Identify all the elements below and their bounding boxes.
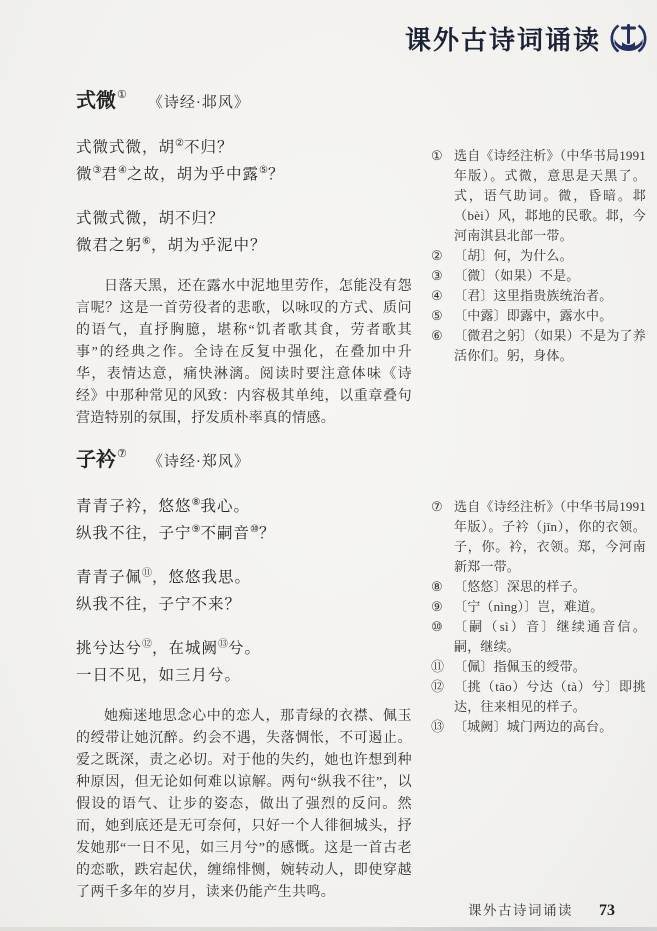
verse-line: 式微式微，胡②不归？ — [76, 134, 412, 161]
poem-source: 《诗经·郑风》 — [148, 454, 250, 470]
note-text: 〔君〕这里指贵族统治者。 — [454, 286, 646, 306]
stanza: 式微式微，胡②不归？微③君④之故，胡为乎中露⑤？ — [76, 134, 412, 188]
verse-line: 青青子衿，悠悠⑧我心。 — [76, 493, 412, 520]
note-text: 选自《诗经注析》（中华书局1991年版）。式微，意思是天黑了。式，语气助词。微，… — [454, 146, 646, 246]
note-item: ⑥〔微君之躬〕（如果）不是为了养活你们。躬，身体。 — [431, 326, 646, 366]
note-number: ⑨ — [431, 597, 454, 617]
scan-bottom-edge — [0, 927, 657, 931]
note-text: 〔微〕（如果）不是。 — [454, 266, 646, 286]
verse-line: 纵我不往，子宁⑨不嗣音⑩？ — [76, 520, 412, 547]
note-number: ⑥ — [431, 326, 454, 346]
margin-notes-poem1: ①选自《诗经注析》（中华书局1991年版）。式微，意思是天黑了。式，语气助词。微… — [431, 146, 646, 366]
note-text: 〔宁（nìng）〕岂，难道。 — [454, 597, 646, 617]
poem-heading: 子衿⑦ 《诗经·郑风》 — [76, 443, 412, 472]
note-number: ⑫ — [431, 677, 454, 697]
note-item: ②〔胡〕何，为什么。 — [431, 246, 646, 266]
verse-line: 纵我不往，子宁不来？ — [76, 591, 412, 618]
verse-line: 微君之躬⑥，胡为乎泥中？ — [76, 232, 412, 259]
note-number: ⑪ — [431, 657, 454, 677]
note-text: 〔悠悠〕深思的样子。 — [454, 577, 646, 597]
note-item: ⑤〔中露〕即露中，露水中。 — [431, 306, 646, 326]
poem-heading: 式微① 《诗经·邶风》 — [76, 84, 412, 113]
note-number: ③ — [431, 266, 454, 286]
note-number: ② — [431, 246, 454, 266]
note-item: ⑪〔佩〕指佩玉的绶带。 — [431, 657, 646, 677]
poem-title: 式微 — [76, 90, 116, 112]
stanza: 式微式微，胡不归？微君之躬⑥，胡为乎泥中？ — [76, 205, 412, 259]
note-text: 〔佩〕指佩玉的绶带。 — [454, 657, 646, 677]
footer-section-label: 课外古诗词诵读 — [468, 899, 573, 919]
note-item: ①选自《诗经注析》（中华书局1991年版）。式微，意思是天黑了。式，语气助词。微… — [431, 146, 646, 246]
page-header: 课外古诗词诵读 — [405, 20, 647, 57]
textbook-page: 课外古诗词诵读 式微① 《诗经·邶风》 式微式微，胡②不归？微③君④之故，胡为乎… — [0, 0, 657, 931]
poem-stanzas: 青青子衿，悠悠⑧我心。纵我不往，子宁⑨不嗣音⑩？青青子佩⑪，悠悠我思。纵我不往，… — [76, 493, 412, 689]
note-number: ⑦ — [431, 497, 454, 517]
note-text: 〔微君之躬〕（如果）不是为了养活你们。躬，身体。 — [454, 326, 646, 366]
verse-line: 挑兮达兮⑫，在城阙⑬兮。 — [76, 635, 412, 662]
note-item: ⑧〔悠悠〕深思的样子。 — [431, 577, 646, 597]
note-number: ④ — [431, 286, 454, 306]
footer-page-number: 73 — [599, 902, 615, 920]
poem-title-note-ref: ⑦ — [117, 448, 127, 460]
note-number: ⑬ — [431, 717, 454, 737]
poem-title: 子衿 — [76, 449, 116, 471]
verse-line: 一日不见，如三月兮。 — [76, 662, 412, 689]
section-title: 课外古诗词诵读 — [405, 20, 601, 57]
poem-shiwei-section: 式微① 《诗经·邶风》 式微式微，胡②不归？微③君④之故，胡为乎中露⑤？式微式微… — [76, 84, 412, 430]
poem-title-note-ref: ① — [117, 89, 127, 101]
poem-stanzas: 式微式微，胡②不归？微③君④之故，胡为乎中露⑤？式微式微，胡不归？微君之躬⑥，胡… — [76, 134, 412, 259]
stanza: 青青子衿，悠悠⑧我心。纵我不往，子宁⑨不嗣音⑩？ — [76, 493, 412, 547]
note-number: ⑧ — [431, 577, 454, 597]
verse-line: 微③君④之故，胡为乎中露⑤？ — [76, 161, 412, 188]
note-item: ⑦选自《诗经注析》（中华书局1991年版）。子衿（jīn），你的衣领。子，你。衿… — [431, 497, 646, 577]
poem-commentary: 她痴迷地思念心中的恋人，那青绿的衣襟、佩玉的绶带让她沉醉。约会不遇，失落惆怅，不… — [76, 706, 412, 904]
page-footer: 课外古诗词诵读 73 — [468, 899, 615, 920]
poem-source: 《诗经·邶风》 — [148, 95, 250, 111]
stanza: 挑兮达兮⑫，在城阙⑬兮。一日不见，如三月兮。 — [76, 635, 412, 689]
margin-notes-poem2: ⑦选自《诗经注析》（中华书局1991年版）。子衿（jīn），你的衣领。子，你。衿… — [431, 497, 646, 737]
note-text: 选自《诗经注析》（中华书局1991年版）。子衿（jīn），你的衣领。子，你。衿，… — [454, 497, 646, 577]
note-item: ⑬〔城阙〕城门两边的高台。 — [431, 717, 646, 737]
stanza: 青青子佩⑪，悠悠我思。纵我不往，子宁不来？ — [76, 564, 412, 618]
note-number: ⑩ — [431, 617, 454, 637]
note-text: 〔挑（tāo）兮达（tà）兮〕即挑达，往来相见的样子。 — [454, 677, 646, 717]
note-text: 〔中露〕即露中，露水中。 — [454, 306, 646, 326]
note-text: 〔城阙〕城门两边的高台。 — [454, 717, 646, 737]
verse-line: 式微式微，胡不归？ — [76, 205, 412, 232]
note-number: ① — [431, 146, 454, 166]
note-number: ⑤ — [431, 306, 454, 326]
note-text: 〔胡〕何，为什么。 — [454, 246, 646, 266]
note-item: ⑨〔宁（nìng）〕岂，难道。 — [431, 597, 646, 617]
note-text: 〔嗣（sì）音〕继续通音信。嗣，继续。 — [454, 617, 646, 657]
poem-zijin-section: 子衿⑦ 《诗经·郑风》 青青子衿，悠悠⑧我心。纵我不往，子宁⑨不嗣音⑩？青青子佩… — [76, 443, 412, 904]
verse-line: 青青子佩⑪，悠悠我思。 — [76, 564, 412, 591]
poem-commentary: 日落天黑，还在露水中泥地里劳作，怎能没有怨言呢？这是一首劳役者的悲歌，以咏叹的方… — [76, 276, 412, 430]
note-item: ⑩〔嗣（sì）音〕继续通音信。嗣，继续。 — [431, 617, 646, 657]
anchor-icon — [610, 20, 647, 57]
note-item: ⑫〔挑（tāo）兮达（tà）兮〕即挑达，往来相见的样子。 — [431, 677, 646, 717]
note-item: ④〔君〕这里指贵族统治者。 — [431, 286, 646, 306]
note-item: ③〔微〕（如果）不是。 — [431, 266, 646, 286]
